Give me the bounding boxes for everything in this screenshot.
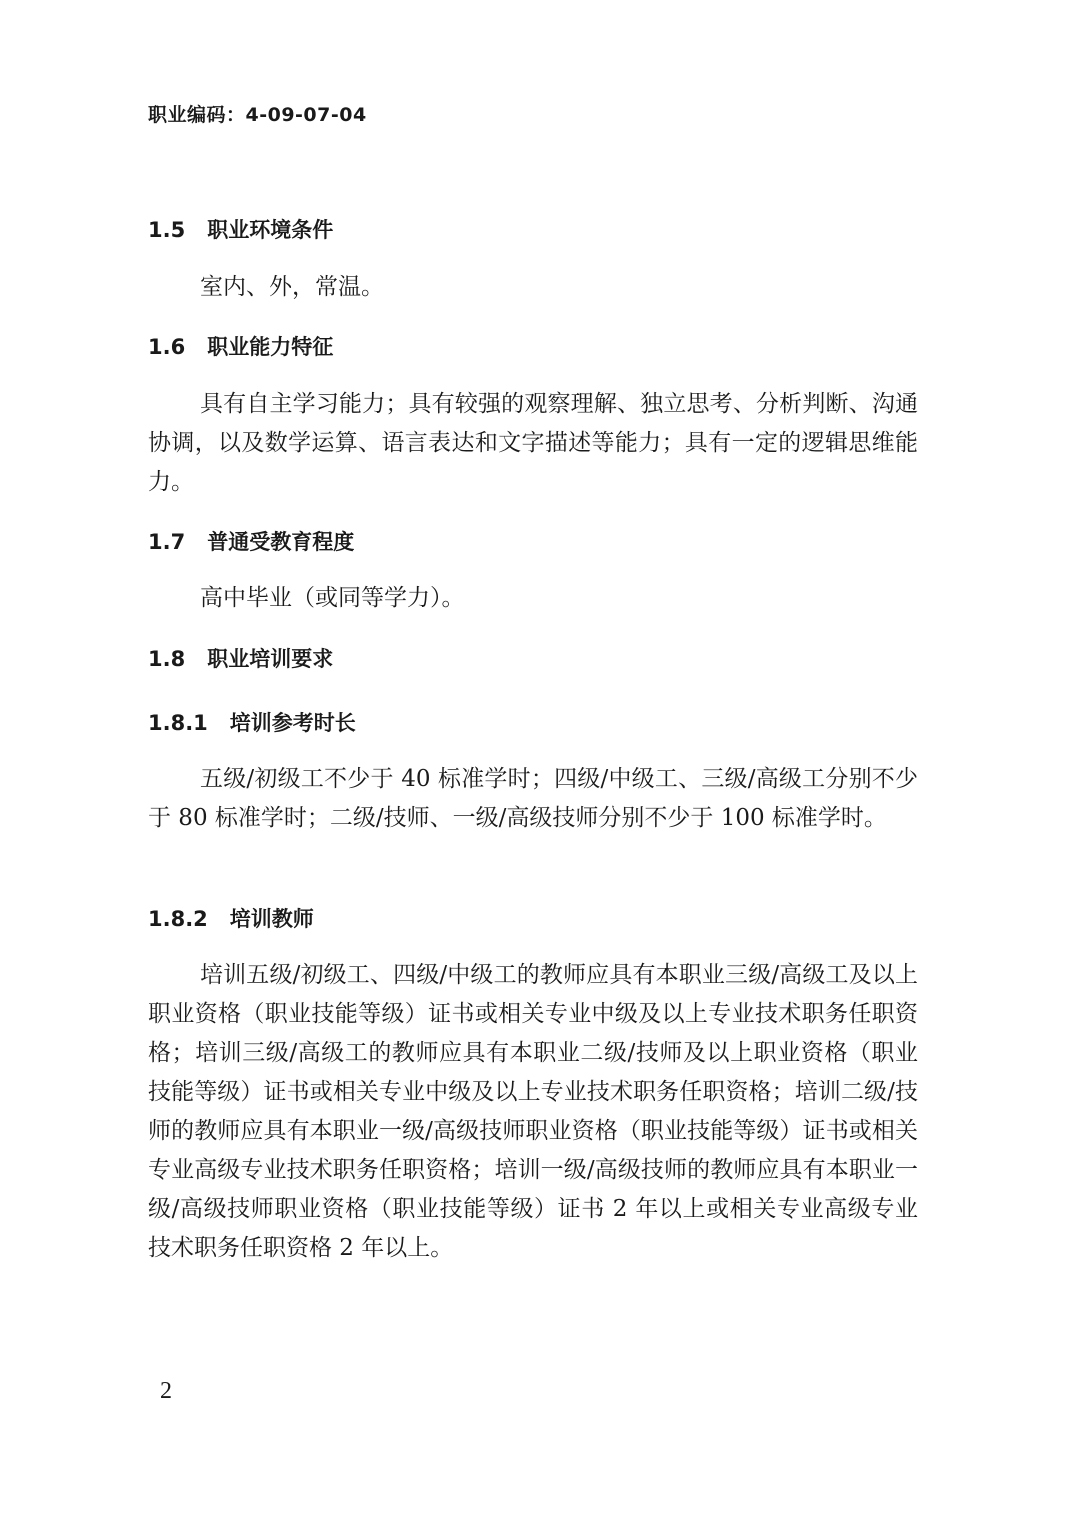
section-body-1-6: 具有自主学习能力；具有较强的观察理解、独立思考、分析判断、沟通协调，以及数学运算… xyxy=(148,385,918,502)
section-number: 1.5 xyxy=(148,218,185,242)
section-heading-1-8: 1.8职业培训要求 xyxy=(148,643,333,673)
section-title: 普通受教育程度 xyxy=(207,530,354,554)
section-title: 职业培训要求 xyxy=(207,647,333,671)
section-number: 1.8 xyxy=(148,647,185,671)
section-body-1-8-1: 五级/初级工不少于 40 标准学时；四级/中级工、三级/高级工分别不少于 80 … xyxy=(148,760,918,838)
section-number: 1.7 xyxy=(148,530,185,554)
section-title: 职业环境条件 xyxy=(207,218,333,242)
page-number: 2 xyxy=(160,1378,172,1405)
section-number: 1.6 xyxy=(148,335,185,359)
section-heading-1-5: 1.5职业环境条件 xyxy=(148,214,333,244)
section-number: 1.8.2 xyxy=(148,907,208,931)
section-heading-1-6: 1.6职业能力特征 xyxy=(148,331,333,361)
section-body-1-8-2: 培训五级/初级工、四级/中级工的教师应具有本职业三级/高级工及以上职业资格（职业… xyxy=(148,956,918,1268)
section-number: 1.8.1 xyxy=(148,711,208,735)
section-body-1-5: 室内、外，常温。 xyxy=(148,268,918,307)
section-title: 培训教师 xyxy=(230,907,314,931)
section-body-1-7: 高中毕业（或同等学力）。 xyxy=(148,579,918,618)
section-heading-1-8-1: 1.8.1培训参考时长 xyxy=(148,707,356,737)
section-title: 职业能力特征 xyxy=(207,335,333,359)
section-heading-1-7: 1.7普通受教育程度 xyxy=(148,526,354,556)
section-heading-1-8-2: 1.8.2培训教师 xyxy=(148,903,314,933)
occupation-code: 职业编码：4-09-07-04 xyxy=(148,100,367,127)
section-title: 培训参考时长 xyxy=(230,711,356,735)
